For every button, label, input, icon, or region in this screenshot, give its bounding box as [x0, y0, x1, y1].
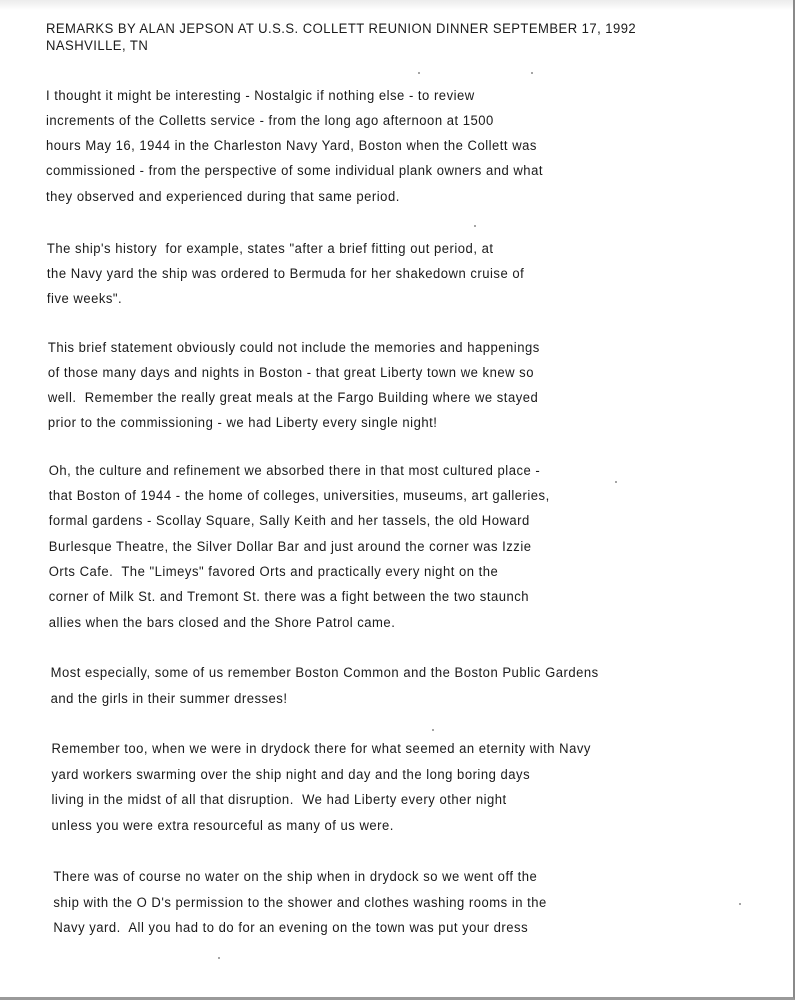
scan-speck [432, 729, 434, 731]
paragraph-line: that Boston of 1944 - the home of colleg… [49, 488, 550, 504]
paragraph-line: prior to the commissioning - we had Libe… [48, 415, 438, 431]
paragraph-line: of those many days and nights in Boston … [48, 365, 534, 381]
paragraph-line: they observed and experienced during tha… [46, 189, 400, 205]
paragraph-line: corner of Milk St. and Tremont St. there… [49, 589, 529, 605]
paragraph-line: Most especially, some of us remember Bos… [51, 665, 599, 681]
paragraph-line: Oh, the culture and refinement we absorb… [49, 463, 540, 479]
paragraph-line: Navy yard. All you had to do for an even… [53, 920, 528, 936]
scan-speck [615, 481, 617, 483]
paragraph-line: Remember too, when we were in drydock th… [52, 741, 591, 757]
paragraph-line: living in the midst of all that disrupti… [52, 792, 507, 808]
scan-speck [531, 72, 533, 74]
paragraph-line: The ship's history for example, states "… [47, 241, 494, 257]
paragraph-line: There was of course no water on the ship… [53, 869, 537, 885]
scan-speck [418, 72, 420, 74]
paragraph-line: increments of the Colletts service - fro… [46, 113, 494, 129]
scan-speck [218, 957, 220, 959]
paragraph-line: hours May 16, 1944 in the Charleston Nav… [46, 138, 537, 154]
paragraph-line: and the girls in their summer dresses! [51, 691, 288, 707]
paragraph-line: five weeks". [47, 291, 122, 307]
paragraph-line: formal gardens - Scollay Square, Sally K… [49, 513, 530, 529]
paragraph-line: the Navy yard the ship was ordered to Be… [47, 266, 524, 282]
scan-speck [474, 225, 476, 227]
header-location: NASHVILLE, TN [46, 38, 148, 54]
paragraph-line: well. Remember the really great meals at… [48, 390, 538, 406]
paragraph-line: Burlesque Theatre, the Silver Dollar Bar… [49, 539, 532, 555]
scanned-page: REMARKS BY ALAN JEPSON AT U.S.S. COLLETT… [0, 0, 795, 1000]
paragraph-line: This brief statement obviously could not… [48, 340, 540, 356]
paragraph-line: Orts Cafe. The "Limeys" favored Orts and… [49, 564, 499, 580]
paragraph-line: commissioned - from the perspective of s… [46, 163, 543, 179]
paragraph-line: yard workers swarming over the ship nigh… [52, 767, 531, 783]
header-title: REMARKS BY ALAN JEPSON AT U.S.S. COLLETT… [46, 21, 636, 37]
paragraph-line: unless you were extra resourceful as man… [52, 818, 394, 834]
paragraph-line: I thought it might be interesting - Nost… [46, 88, 475, 104]
scan-speck [739, 903, 741, 905]
paragraph-line: ship with the O D's permission to the sh… [53, 895, 546, 911]
paragraph-line: allies when the bars closed and the Shor… [49, 615, 396, 631]
